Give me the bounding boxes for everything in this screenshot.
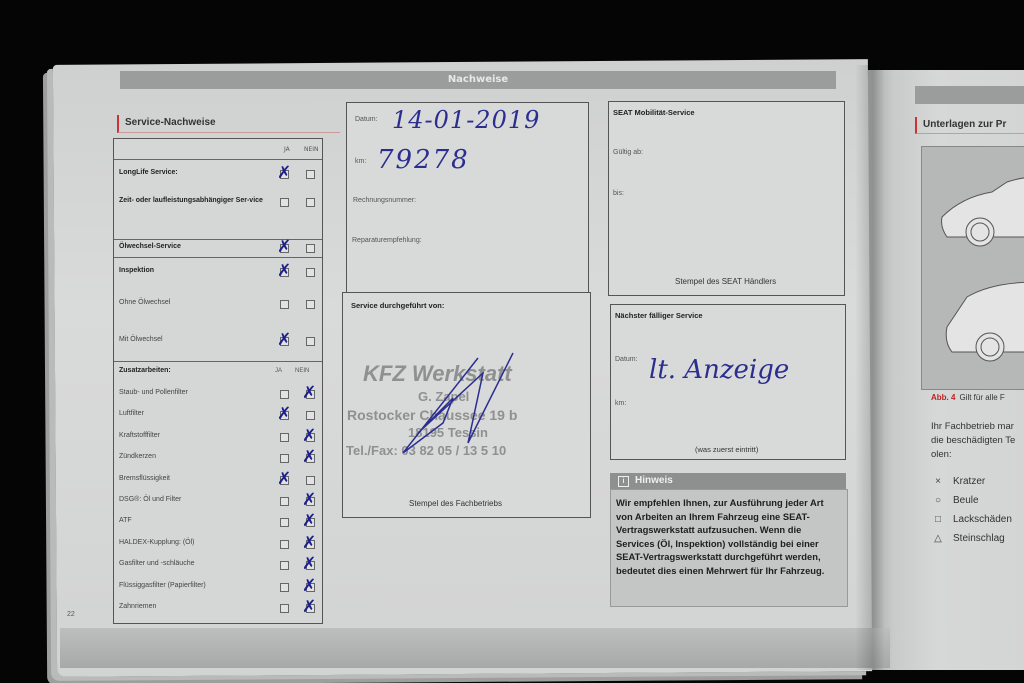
ja-checkbox[interactable] (280, 518, 289, 527)
right-page-title: Unterlagen zur Pr (915, 117, 1024, 134)
nein-checkbox[interactable] (306, 170, 315, 179)
car-diagram-figure (921, 146, 1024, 390)
ja-checkbox[interactable] (280, 300, 289, 309)
handwritten-check-icon: ✗ (277, 407, 291, 421)
ja-checkbox[interactable] (280, 454, 289, 463)
next-km-label: km: (615, 400, 626, 407)
mobility-title: SEAT Mobilität-Service (613, 108, 695, 117)
legend-beule: ○Beule (931, 495, 979, 506)
rechnung-label: Rechnungsnummer: (353, 197, 416, 204)
row-label: LongLife Service: (119, 169, 178, 176)
cross-icon: × (931, 476, 945, 487)
table-divider (114, 361, 322, 362)
text-line: olen: (931, 448, 1024, 462)
ja-checkbox[interactable] (280, 433, 289, 442)
next-service-handwritten: lt. Anzeige (649, 355, 789, 385)
row-label: Luftfilter (119, 410, 144, 417)
info-icon: i (618, 476, 629, 487)
ja-checkbox[interactable] (280, 390, 289, 399)
text-line: Ihr Fachbetrieb mar (931, 420, 1024, 434)
handwritten-check-icon: ✗ (302, 429, 316, 443)
col-nein: NEIN (304, 146, 319, 153)
triangle-icon: △ (931, 533, 945, 544)
figure-caption: Abb. 4Gilt für alle F (931, 391, 1024, 405)
legend-label: Steinschlag (953, 533, 1005, 544)
service-checklist: JA NEIN LongLife Service:✗Zeit- oder lau… (113, 138, 323, 624)
row-label: ATF (119, 517, 132, 524)
legend-steinschlag: △Steinschlag (931, 533, 1005, 544)
mobility-box: SEAT Mobilität-Service Gültig ab: bis: S… (608, 101, 845, 296)
gueltig-label: Gültig ab: (613, 149, 643, 156)
signature-scribble (383, 343, 533, 453)
legend-kratzer: ×Kratzer (931, 476, 985, 487)
row-label: Staub- und Pollenfilter (119, 389, 188, 396)
km-label: km: (355, 158, 366, 165)
square-icon: □ (931, 514, 945, 525)
col-ja: JA (275, 368, 282, 374)
handwritten-check-icon: ✗ (302, 579, 316, 593)
ja-checkbox[interactable] (280, 198, 289, 207)
row-label: Zahnriemen (119, 603, 156, 610)
next-service-title: Nächster fälliger Service (615, 311, 703, 320)
nein-checkbox[interactable] (306, 300, 315, 309)
handwritten-check-icon: ✗ (302, 386, 316, 400)
datum-value: 14-01-2019 (392, 106, 540, 134)
nein-checkbox[interactable] (306, 198, 315, 207)
col-ja: JA (284, 146, 290, 153)
text-line: die beschädigten Te (931, 434, 1024, 448)
ja-checkbox[interactable] (280, 583, 289, 592)
car-outline-icon (922, 147, 1024, 389)
table-divider (114, 257, 322, 258)
handwritten-check-icon: ✗ (277, 472, 291, 486)
hinweis-header: iHinweis (610, 473, 846, 489)
row-label: Kraftstofffilter (119, 432, 160, 439)
reparatur-label: Reparaturempfehlung: (352, 237, 422, 244)
book-gutter (855, 65, 885, 670)
nein-checkbox[interactable] (306, 476, 315, 485)
row-label: HALDEX-Kupplung: (Öl) (119, 539, 194, 546)
service-by-title: Service durchgeführt von: (351, 301, 444, 310)
handwritten-check-icon: ✗ (302, 600, 316, 614)
handwritten-check-icon: ✗ (302, 493, 316, 507)
ja-checkbox[interactable] (280, 497, 289, 506)
right-page-header (915, 86, 1024, 104)
caption-text: Gilt für alle F (959, 393, 1004, 402)
nein-checkbox[interactable] (306, 268, 315, 277)
handwritten-check-icon: ✗ (302, 536, 316, 550)
row-label: Ohne Ölwechsel (119, 299, 170, 306)
right-page-text: Ihr Fachbetrieb mar die beschädigten Te … (931, 420, 1024, 462)
handwritten-check-icon: ✗ (277, 240, 291, 254)
legend-lackschaeden: □Lackschäden (931, 514, 1012, 525)
page-header: Nachweise (120, 71, 836, 89)
zusatz-title: Zusatzarbeiten: (119, 367, 171, 374)
legend-label: Kratzer (953, 476, 985, 487)
ja-checkbox[interactable] (280, 604, 289, 613)
row-label: Zündkerzen (119, 453, 156, 460)
page-number: 22 (67, 611, 75, 618)
next-service-box: Nächster fälliger Service Datum: km: lt.… (610, 304, 846, 460)
ja-checkbox[interactable] (280, 561, 289, 570)
datum-label: Datum: (355, 116, 378, 123)
next-service-footer: (was zuerst eintritt) (695, 445, 758, 454)
next-datum-label: Datum: (615, 356, 638, 363)
section-title: Service-Nachweise (117, 115, 340, 133)
row-label: DSG®: Öl und Filter (119, 496, 181, 503)
page-edge (60, 628, 890, 668)
hinweis-text: Wir empfehlen Ihnen, zur Ausführung jede… (610, 489, 848, 607)
ja-checkbox[interactable] (280, 540, 289, 549)
handwritten-check-icon: ✗ (302, 557, 316, 571)
row-label: Bremsflüssigkeit (119, 475, 170, 482)
hinweis-title: Hinweis (635, 475, 673, 486)
handwritten-check-icon: ✗ (277, 264, 291, 278)
nein-checkbox[interactable] (306, 411, 315, 420)
caption-label: Abb. 4 (931, 393, 955, 402)
handwritten-check-icon: ✗ (302, 450, 316, 464)
row-label: Ölwechsel-Service (119, 243, 181, 250)
handwritten-check-icon: ✗ (277, 333, 291, 347)
km-value: 79278 (377, 145, 470, 175)
bis-label: bis: (613, 190, 624, 197)
row-label: Inspektion (119, 267, 154, 274)
row-label: Mit Ölwechsel (119, 336, 163, 343)
row-label: Gasfilter und -schläuche (119, 560, 194, 567)
table-divider (114, 159, 322, 160)
row-label: Flüssiggasfilter (Papierfilter) (119, 582, 269, 589)
nein-checkbox[interactable] (306, 337, 315, 346)
handwritten-check-icon: ✗ (277, 166, 291, 180)
mobility-footer: Stempel des SEAT Händlers (675, 277, 776, 286)
handwritten-check-icon: ✗ (302, 514, 316, 528)
legend-label: Beule (953, 495, 979, 506)
legend-label: Lackschäden (953, 514, 1012, 525)
service-by-box: Service durchgeführt von: KFZ Werkstatt … (342, 292, 591, 518)
col-nein: NEIN (295, 368, 309, 374)
row-label: Zeit- oder laufleistungsabhängiger Ser-v… (119, 197, 269, 204)
record-box: Datum: 14-01-2019 km: 79278 Rechnungsnum… (346, 102, 589, 294)
service-by-footer: Stempel des Fachbetriebs (409, 499, 502, 508)
nein-checkbox[interactable] (306, 244, 315, 253)
circle-icon: ○ (931, 495, 945, 506)
